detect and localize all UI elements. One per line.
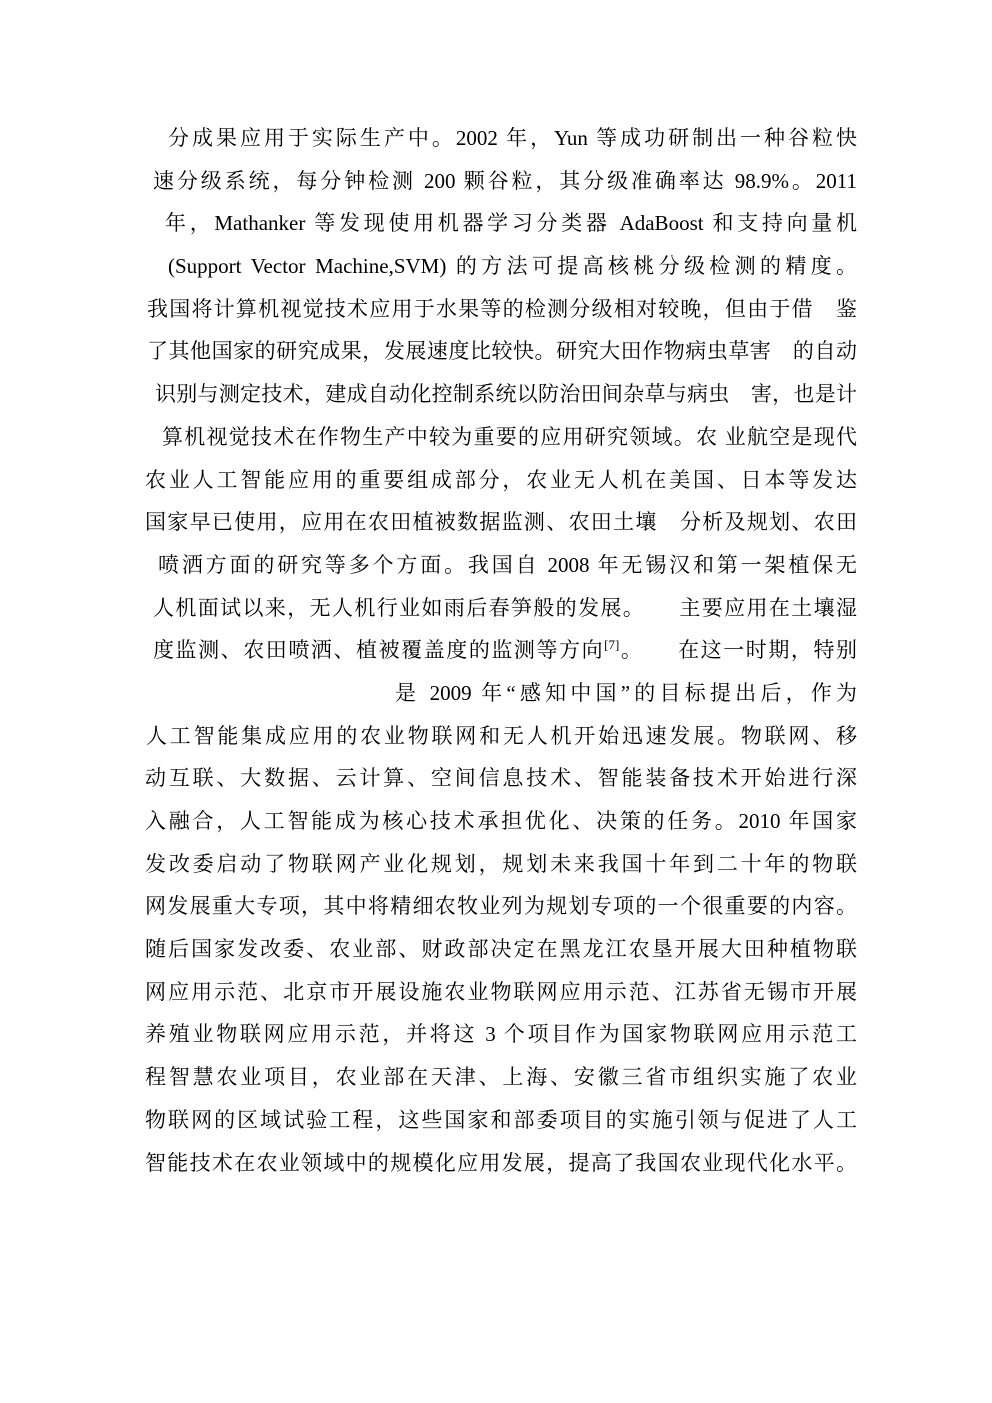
text-line: 动互联、大数据、云计算、空间信息技术、智能装备技术开始进行深: [145, 757, 857, 800]
text-line: 国家早已使用，应用在农田植被数据监测、农田土壤 分析及规划、农田: [145, 501, 857, 544]
text-line: 喷洒方面的研究等多个方面。我国自 2008 年无锡汉和第一架植保无: [145, 544, 857, 587]
text-line: 发改委启动了物联网产业化规划，规划未来我国十年到二十年的物联: [145, 843, 857, 886]
text-line: 养殖业物联网应用示范，并将这 3 个项目作为国家物联网应用示范工: [145, 1013, 857, 1056]
document-lines: 分成果应用于实际生产中。2002 年，Yun 等成功研制出一种谷粒快速分级系统，…: [145, 117, 857, 1184]
text-run: (Support Vector Machine,SVM) 的方法可提高核桃分级检…: [168, 254, 857, 278]
text-run: 人机面试以来，无人机行业如雨后春笋般的发展。 主要应用在土壤湿: [153, 596, 857, 620]
text-run: 速分级系统，每分钟检测 200 颗谷粒，其分级准确率达 98.9%。2011: [153, 169, 857, 193]
text-run: 智能技术在农业领域中的规模化应用发展，提高了我国农业现代化水平。: [145, 1151, 857, 1175]
text-line: 识别与测定技术，建成自动化控制系统以防治田间杂草与病虫 害，也是计: [145, 373, 857, 416]
text-run: 网发展重大专项，其中将精细农牧业列为规划专项的一个很重要的内容。: [145, 894, 857, 918]
document-page: { "page": { "background_color": "#ffffff…: [0, 0, 992, 1403]
text-line: 物联网的区域试验工程，这些国家和部委项目的实施引领与促进了人工: [145, 1099, 857, 1142]
text-run: 我国将计算机视觉技术应用于水果等的检测分级相对较晚，但由于借 鉴: [147, 297, 857, 321]
text-run: 随后国家发改委、农业部、财政部决定在黑龙江农垦开展大田种植物联: [145, 937, 857, 961]
text-run: 分成果应用于实际生产中。2002 年，Yun 等成功研制出一种谷粒快: [168, 126, 857, 150]
text-run: 年，Mathanker 等发现使用机器学习分类器 AdaBoost 和支持向量机: [165, 211, 857, 235]
text-run: 动互联、大数据、云计算、空间信息技术、智能装备技术开始进行深: [145, 766, 857, 790]
text-line: 速分级系统，每分钟检测 200 颗谷粒，其分级准确率达 98.9%。2011: [145, 160, 857, 203]
text-line: 度监测、农田喷洒、植被覆盖度的监测等方向[7]。 在这一时期，特别: [145, 629, 857, 672]
text-run: 了其他国家的研究成果，发展速度比较快。研究大田作物病虫草害 的自动: [147, 339, 857, 363]
text-run: 识别与测定技术，建成自动化控制系统以防治田间杂草与病虫 害，也是计: [155, 382, 857, 406]
text-line: 程智慧农业项目，农业部在天津、上海、安徽三省市组织实施了农业: [145, 1056, 857, 1099]
text-line: 网应用示范、北京市开展设施农业物联网应用示范、江苏省无锡市开展: [145, 971, 857, 1014]
text-run: 。 在这一时期，特别: [619, 638, 857, 662]
text-run: 度监测、农田喷洒、植被覆盖度的监测等方向: [153, 638, 604, 662]
text-line: 人工智能集成应用的农业物联网和无人机开始迅速发展。物联网、移: [145, 715, 857, 758]
text-run: 算机视觉技术在作物生产中较为重要的应用研究领域。农 业航空是现代: [162, 425, 857, 449]
text-run: 网应用示范、北京市开展设施农业物联网应用示范、江苏省无锡市开展: [145, 980, 857, 1004]
text-line: 入融合，人工智能成为核心技术承担优化、决策的任务。2010 年国家: [145, 800, 857, 843]
text-run: 人工智能集成应用的农业物联网和无人机开始迅速发展。物联网、移: [146, 724, 857, 748]
text-line: 随后国家发改委、农业部、财政部决定在黑龙江农垦开展大田种植物联: [145, 928, 857, 971]
text-line: 我国将计算机视觉技术应用于水果等的检测分级相对较晚，但由于借 鉴: [145, 288, 857, 331]
page-background: 分成果应用于实际生产中。2002 年，Yun 等成功研制出一种谷粒快速分级系统，…: [0, 0, 992, 1403]
text-run: 国家早已使用，应用在农田植被数据监测、农田土壤 分析及规划、农田: [145, 510, 857, 534]
text-line: 农业人工智能应用的重要组成部分，农业无人机在美国、日本等发达: [145, 459, 857, 502]
text-run: 喷洒方面的研究等多个方面。我国自 2008 年无锡汉和第一架植保无: [158, 553, 857, 577]
text-run: 是 2009 年“感知中国”的目标提出后，作为: [395, 681, 857, 705]
text-run: 农业人工智能应用的重要组成部分，农业无人机在美国、日本等发达: [145, 468, 857, 492]
text-line: 年，Mathanker 等发现使用机器学习分类器 AdaBoost 和支持向量机: [145, 202, 857, 245]
text-run: 程智慧农业项目，农业部在天津、上海、安徽三省市组织实施了农业: [145, 1065, 857, 1089]
text-line: 是 2009 年“感知中国”的目标提出后，作为: [145, 672, 857, 715]
text-line: 算机视觉技术在作物生产中较为重要的应用研究领域。农 业航空是现代: [145, 416, 857, 459]
text-line: 了其他国家的研究成果，发展速度比较快。研究大田作物病虫草害 的自动: [145, 330, 857, 373]
text-line: 分成果应用于实际生产中。2002 年，Yun 等成功研制出一种谷粒快: [145, 117, 857, 160]
text-run: 入融合，人工智能成为核心技术承担优化、决策的任务。2010 年国家: [145, 809, 857, 833]
text-line: (Support Vector Machine,SVM) 的方法可提高核桃分级检…: [145, 245, 857, 288]
text-line: 人机面试以来，无人机行业如雨后春笋般的发展。 主要应用在土壤湿: [145, 587, 857, 630]
footnote-ref-icon: [7]: [604, 637, 619, 652]
text-run: 物联网的区域试验工程，这些国家和部委项目的实施引领与促进了人工: [145, 1108, 857, 1132]
text-line: 智能技术在农业领域中的规模化应用发展，提高了我国农业现代化水平。: [145, 1142, 857, 1185]
text-run: 发改委启动了物联网产业化规划，规划未来我国十年到二十年的物联: [145, 852, 857, 876]
text-line: 网发展重大专项，其中将精细农牧业列为规划专项的一个很重要的内容。: [145, 885, 857, 928]
text-run: 养殖业物联网应用示范，并将这 3 个项目作为国家物联网应用示范工: [145, 1022, 857, 1046]
